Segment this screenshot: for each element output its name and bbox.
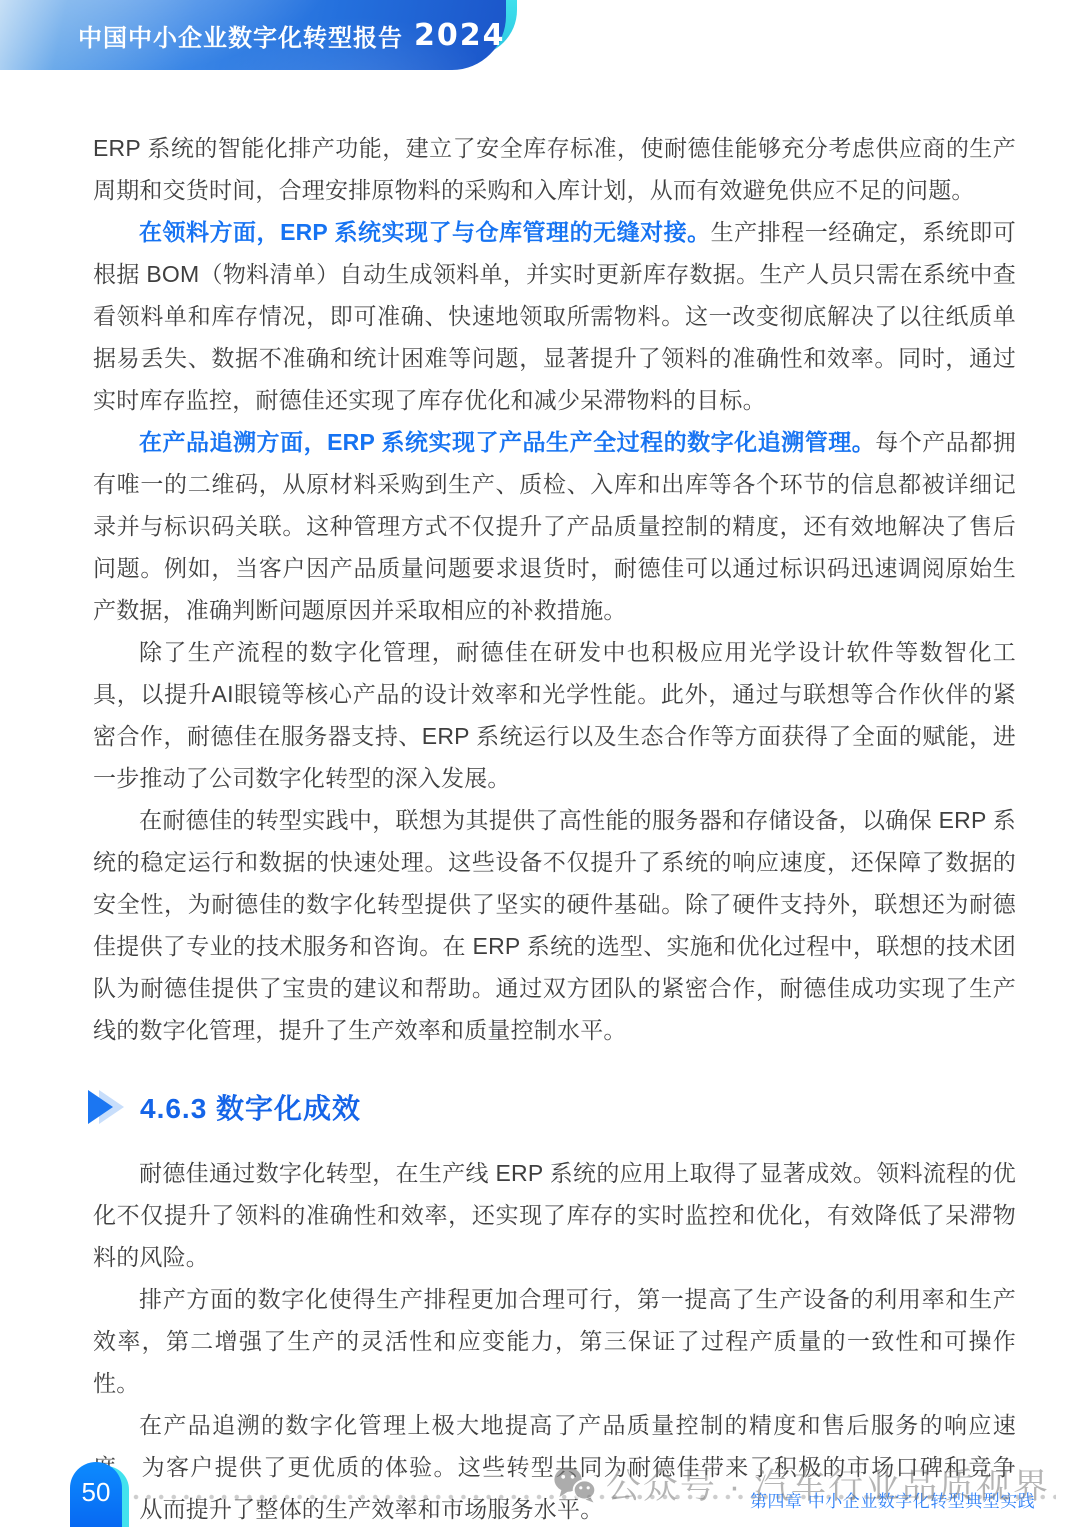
paragraph: 在耐德佳的转型实践中，联想为其提供了高性能的服务器和存储设备，以确保 ERP 系… (93, 799, 1016, 1051)
watermark-text: 公众号 · 汽车行业品质视界 (606, 1459, 1050, 1509)
paragraph-text: ERP 系统的智能化排产功能，建立了安全库存标准，使耐德佳能够充分考虑供应商的生… (93, 135, 1016, 203)
header-banner: 中国中小企业数字化转型报告 2024 (0, 0, 530, 80)
report-page: 中国中小企业数字化转型报告 2024 ERP 系统的智能化排产功能，建立了安全库… (0, 0, 1080, 1527)
watermark: 公众号 · 汽车行业品质视界 (553, 1459, 1050, 1509)
report-year: 2024 (414, 18, 506, 53)
paragraph: ERP 系统的智能化排产功能，建立了安全库存标准，使耐德佳能够充分考虑供应商的生… (93, 127, 1016, 211)
paragraph: 除了生产流程的数字化管理，耐德佳在研发中也积极应用光学设计软件等数智化工具，以提… (93, 631, 1016, 799)
section-heading: 4.6.3 数字化成效 (88, 1087, 1016, 1127)
paragraph-text: 生产排程一经确定，系统即可根据 BOM（物料清单）自动生成领料单，并实时更新库存… (93, 219, 1016, 413)
wechat-icon (553, 1466, 597, 1503)
paragraph-lead: 在产品追溯方面，ERP 系统实现了产品生产全过程的数字化追溯管理。 (139, 429, 875, 455)
double-chevron-right-icon (88, 1090, 113, 1124)
paragraph-text: 除了生产流程的数字化管理，耐德佳在研发中也积极应用光学设计软件等数智化工具，以提… (93, 639, 1016, 791)
section-heading-text: 4.6.3 数字化成效 (140, 1087, 361, 1127)
page-number: 50 (70, 1462, 122, 1527)
paragraph: 耐德佳通过数字化转型，在生产线 ERP 系统的应用上取得了显著成效。领料流程的优… (93, 1152, 1016, 1278)
paragraph-text: 每个产品都拥有唯一的二维码，从原材料采购到生产、质检、入库和出库等各个环节的信息… (93, 429, 1016, 623)
paragraph-lead: 在领料方面，ERP 系统实现了与仓库管理的无缝对接。 (139, 219, 711, 245)
report-title-text: 中国中小企业数字化转型报告 (78, 18, 403, 53)
report-title: 中国中小企业数字化转型报告 2024 (78, 0, 506, 70)
paragraph: 在产品追溯方面，ERP 系统实现了产品生产全过程的数字化追溯管理。每个产品都拥有… (93, 421, 1016, 631)
paragraph-text: 在耐德佳的转型实践中，联想为其提供了高性能的服务器和存储设备，以确保 ERP 系… (93, 807, 1016, 1043)
article-body: ERP 系统的智能化排产功能，建立了安全库存标准，使耐德佳能够充分考虑供应商的生… (93, 127, 1016, 1527)
paragraph-text: 排产方面的数字化使得生产排程更加合理可行，第一提高了生产设备的利用率和生产效率，… (93, 1286, 1016, 1396)
paragraph-text: 耐德佳通过数字化转型，在生产线 ERP 系统的应用上取得了显著成效。领料流程的优… (93, 1160, 1016, 1270)
paragraph: 在领料方面，ERP 系统实现了与仓库管理的无缝对接。生产排程一经确定，系统即可根… (93, 211, 1016, 421)
paragraph: 排产方面的数字化使得生产排程更加合理可行，第一提高了生产设备的利用率和生产效率，… (93, 1278, 1016, 1404)
